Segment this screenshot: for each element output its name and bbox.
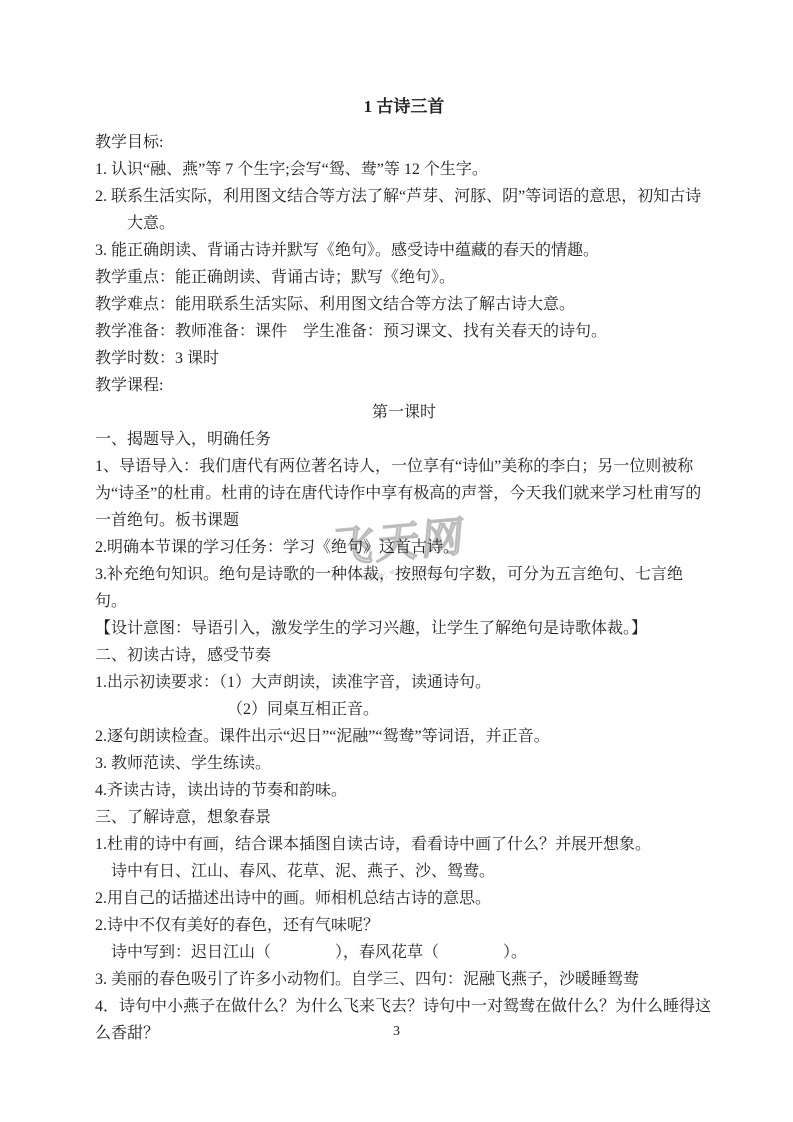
paragraph: 3. 美丽的春色吸引了许多小动物们。自学三、四句：泥融飞燕子，沙暖睡鸳鸯 (95, 966, 713, 993)
paragraph: 诗中写到：迟日江山（ ），春风花草（ ）。 (95, 939, 713, 966)
paragraph: 1. 认识“融、燕”等 7 个生字;会写“鸳、鸯”等 12 个生字。 (95, 156, 713, 183)
document-title: 1 古诗三首 (95, 92, 713, 122)
paragraph: 教学准备：教师准备：课件 学生准备：预习课文、找有关春天的诗句。 (95, 318, 713, 345)
document-content: 1 古诗三首 教学目标:1. 认识“融、燕”等 7 个生字;会写“鸳、鸯”等 1… (95, 92, 713, 1047)
paragraph: （2）同桌互相正音。 (95, 696, 713, 723)
paragraph: 三、了解诗意，想象春景 (95, 804, 713, 831)
paragraph: 1、导语导入：我们唐代有两位著名诗人，一位享有“诗仙”美称的李白；另一位则被称为… (95, 453, 713, 534)
paragraph: 第一课时 (95, 399, 713, 426)
paragraph: 教学目标: (95, 129, 713, 156)
paragraph: 教学时数：3 课时 (95, 345, 713, 372)
paragraph: 2.用自己的话描述出诗中的画。师相机总结古诗的意思。 (95, 885, 713, 912)
paragraph: 诗中有日、江山、春风、花草、泥、燕子、沙、鸳鸯。 (95, 858, 713, 885)
paragraph: 【设计意图：导语引入，激发学生的学习兴趣，让学生了解绝句是诗歌体裁。】 (95, 615, 713, 642)
paragraph: 2.诗中不仅有美好的春色，还有气味呢？ (95, 912, 713, 939)
document-page: 飞天网 www.***.com 1 古诗三首 教学目标:1. 认识“融、燕”等 … (0, 0, 793, 1122)
paragraph: 1.杜甫的诗中有画，结合课本插图自读古诗，看看诗中画了什么？并展开想象。 (95, 831, 713, 858)
paragraph: 教学课程: (95, 372, 713, 399)
document-body: 教学目标:1. 认识“融、燕”等 7 个生字;会写“鸳、鸯”等 12 个生字。2… (95, 129, 713, 1047)
page-number: 3 (0, 1022, 793, 1042)
paragraph: 2.逐句朗读检查。课件出示“迟日”“泥融”“鸳鸯”等词语，并正音。 (95, 723, 713, 750)
paragraph: 3. 能正确朗读、背诵古诗并默写《绝句》。感受诗中蕴藏的春天的情趣。 (95, 237, 713, 264)
paragraph: 2. 联系生活实际，利用图文结合等方法了解“芦芽、河豚、阴”等词语的意思，初知古… (95, 183, 713, 237)
paragraph: 1.出示初读要求：（1）大声朗读，读准字音，读通诗句。 (95, 669, 713, 696)
paragraph: 教学重点：能正确朗读、背诵古诗；默写《绝句》。 (95, 264, 713, 291)
paragraph: 一、揭题导入，明确任务 (95, 426, 713, 453)
paragraph: 4.齐读古诗，读出诗的节奏和韵味。 (95, 777, 713, 804)
paragraph: 教学难点：能用联系生活实际、利用图文结合等方法了解古诗大意。 (95, 291, 713, 318)
paragraph: 2.明确本节课的学习任务：学习《绝句》这首古诗。 (95, 534, 713, 561)
paragraph: 3.补充绝句知识。绝句是诗歌的一种体裁，按照每句字数，可分为五言绝句、七言绝句。 (95, 561, 713, 615)
paragraph: 3. 教师范读、学生练读。 (95, 750, 713, 777)
paragraph: 二、初读古诗，感受节奏 (95, 642, 713, 669)
